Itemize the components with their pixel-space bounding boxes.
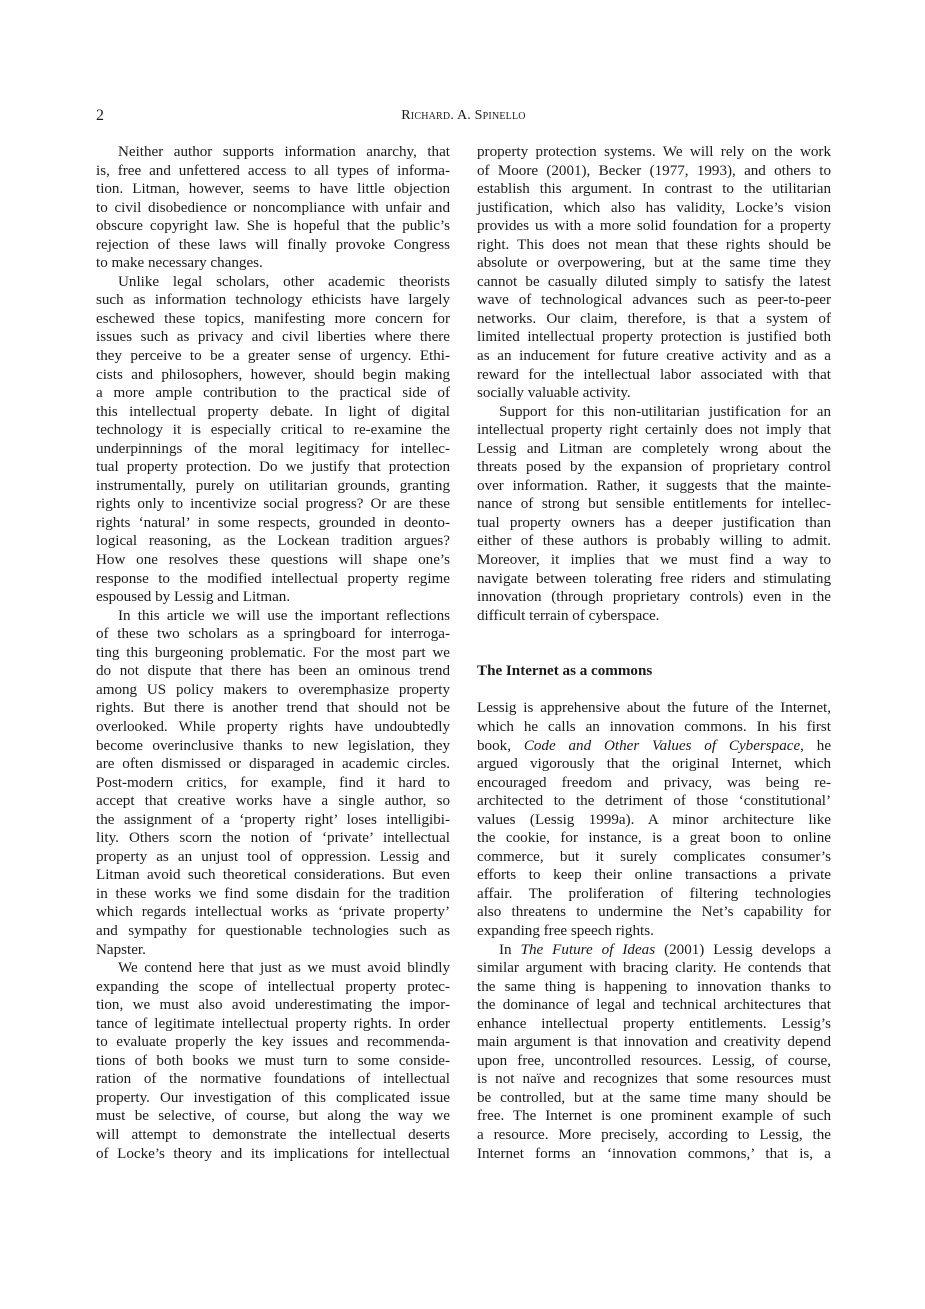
section-heading: The Internet as a commons (477, 662, 831, 681)
text-run: , he (800, 738, 831, 754)
text-line: upon free, uncontrolled resources. Lessi… (477, 1052, 831, 1071)
text-line: will attempt to demonstrate the intellec… (96, 1126, 450, 1145)
text-line: tual property owners has a deeper justif… (477, 514, 831, 533)
text-line: rights only to incentivize social progre… (96, 495, 450, 514)
paragraph: We contend here that just as we must avo… (96, 959, 450, 1163)
text-line: similar argument with bracing clarity. H… (477, 959, 831, 978)
page-header: 2 Richard. A. Spinello (96, 107, 831, 127)
text-line: enhance intellectual property entitlemen… (477, 1015, 831, 1034)
paragraph: Unlike legal scholars, other academic th… (96, 273, 450, 607)
text-line: a more ample contribution to the practic… (96, 384, 450, 403)
text-line: expanding free speech rights. (477, 922, 831, 941)
text-line: to evaluate properly the key issues and … (96, 1033, 450, 1052)
text-line: such as information technology ethicists… (96, 291, 450, 310)
text-line: In this article we will use the importan… (96, 607, 450, 626)
paragraph: property protection systems. We will rel… (477, 143, 831, 403)
text-line: become overinclusive thanks to new legis… (96, 737, 450, 756)
text-line: of Moore (2001), Becker (1977, 1993), an… (477, 162, 831, 181)
text-line: either of these authors is probably will… (477, 532, 831, 551)
text-line: tion, we must also avoid underestimating… (96, 996, 450, 1015)
text-line: over information. Rather, it suggests th… (477, 477, 831, 496)
text-line: establish this argument. In contrast to … (477, 180, 831, 199)
running-head: Richard. A. Spinello (96, 108, 831, 124)
text-run: book, (477, 738, 524, 754)
text-line: How one resolves these questions will sh… (96, 551, 450, 570)
text-line: Support for this non-utilitarian justifi… (477, 403, 831, 422)
text-line: difficult terrain of cyberspace. (477, 607, 831, 626)
text-line: and sympathy for questionable technologi… (96, 922, 450, 941)
text-line: overlooked. While property rights have u… (96, 718, 450, 737)
text-line: underpinnings of the moral legitimacy fo… (96, 440, 450, 459)
text-line: values (Lessig 1999a). A minor architect… (477, 811, 831, 830)
text-line: argued vigorously that the original Inte… (477, 755, 831, 774)
text-line: be controlled, but at the same time many… (477, 1089, 831, 1108)
text-line: threats posed by the expansion of propri… (477, 458, 831, 477)
text-line: nance of strong but sensible entitlement… (477, 495, 831, 514)
text-line: among US policy makers to overemphasize … (96, 681, 450, 700)
text-line: also threatens to undermine the Net’s ca… (477, 903, 831, 922)
text-line: Moreover, it implies that we must find a… (477, 551, 831, 570)
text-line: is not naïve and recognizes that some re… (477, 1070, 831, 1089)
text-line: Post-modern critics, for example, find i… (96, 774, 450, 793)
text-line: do not dispute that there has been an om… (96, 662, 450, 681)
text-line: intellectual property right certainly do… (477, 421, 831, 440)
text-line: Lessig and Litman are completely wrong a… (477, 440, 831, 459)
text-line: which regards intellectual works as ‘pri… (96, 903, 450, 922)
text-line: reward for the intellectual labor associ… (477, 366, 831, 385)
text-run: (2001) Lessig develops a (655, 942, 831, 958)
text-line: of Locke’s theory and its implications f… (96, 1145, 450, 1164)
text-line: networks. Our claim, therefore, is that … (477, 310, 831, 329)
text-line: cannot be casually diluted simply to sat… (477, 273, 831, 292)
text-line: obscure copyright law. She is hopeful th… (96, 217, 450, 236)
text-line: innovation (through proprietary controls… (477, 588, 831, 607)
text-line: absolute or overpowering, but at the sam… (477, 254, 831, 273)
text-line: right. This does not mean that these rig… (477, 236, 831, 255)
text-line: to make necessary changes. (96, 254, 450, 273)
text-line: cists and philosophers, however, should … (96, 366, 450, 385)
text-line: instrumentally, purely on utilitarian gr… (96, 477, 450, 496)
text-line: wave of technological advances such as p… (477, 291, 831, 310)
paragraph: In The Future of Ideas (2001) Lessig dev… (477, 941, 831, 1164)
text-line: this intellectual property debate. In li… (96, 403, 450, 422)
text-line: the cookie, for instance, is a great boo… (477, 829, 831, 848)
book-title: The Future of Ideas (521, 942, 656, 958)
text-line: provides us with a more solid foundation… (477, 217, 831, 236)
text-line: as an inducement for future creative act… (477, 347, 831, 366)
text-line: We contend here that just as we must avo… (96, 959, 450, 978)
text-line: issues such as privacy and civil liberti… (96, 328, 450, 347)
text-line: rejection of these laws will finally pro… (96, 236, 450, 255)
text-line: tion. Litman, however, seems to have lit… (96, 180, 450, 199)
text-line: of these two scholars as a springboard f… (96, 625, 450, 644)
text-line: the same thing is happening to innovatio… (477, 978, 831, 997)
text-line: free. The Internet is one prominent exam… (477, 1107, 831, 1126)
text-line: efforts to keep their online transaction… (477, 866, 831, 885)
text-line: the dominance of legal and technical arc… (477, 996, 831, 1015)
text-line: Unlike legal scholars, other academic th… (96, 273, 450, 292)
paragraph: In this article we will use the importan… (96, 607, 450, 959)
text-line: main argument is that innovation and cre… (477, 1033, 831, 1052)
text-line: Napster. (96, 941, 450, 960)
text-line: logical reasoning, as the Lockean tradit… (96, 532, 450, 551)
text-line: commerce, but it surely complicates cons… (477, 848, 831, 867)
text-line: encouraged freedom and privacy, was bein… (477, 774, 831, 793)
text-line: ration of the normative foundations of i… (96, 1070, 450, 1089)
text-line: justification, which also has validity, … (477, 199, 831, 218)
text-line: is, free and unfettered access to all ty… (96, 162, 450, 181)
paragraph: Lessig is apprehensive about the future … (477, 699, 831, 940)
spacer (477, 625, 831, 644)
text-line: property protection systems. We will rel… (477, 143, 831, 162)
text-line: espoused by Lessig and Litman. (96, 588, 450, 607)
text-line: Neither author supports information anar… (96, 143, 450, 162)
text-line: rights ‘natural’ in some respects, groun… (96, 514, 450, 533)
text-line: the assignment of a ‘property right’ los… (96, 811, 450, 830)
text-line: property as an unjust tool of oppression… (96, 848, 450, 867)
text-line: technology it is especially critical to … (96, 421, 450, 440)
text-line: affair. The proliferation of filtering t… (477, 885, 831, 904)
text-line: to civil disobedience or noncompliance w… (96, 199, 450, 218)
book-title: Code and Other Values of Cyberspace (524, 738, 800, 754)
text-line: ting this burgeoning problematic. For th… (96, 644, 450, 663)
text-line: socially valuable activity. (477, 384, 831, 403)
paragraph: Neither author supports information anar… (96, 143, 450, 273)
text-line: must be selective, of course, but along … (96, 1107, 450, 1126)
spacer (477, 644, 831, 663)
left-column: Neither author supports information anar… (96, 143, 450, 1163)
right-column: property protection systems. We will rel… (477, 143, 831, 1163)
text-line: Internet forms an ‘innovation commons,’ … (477, 1145, 831, 1164)
text-line: which he calls an innovation commons. In… (477, 718, 831, 737)
spacer (477, 681, 831, 700)
text-line: expanding the scope of intellectual prop… (96, 978, 450, 997)
text-line: tance of legitimate intellectual propert… (96, 1015, 450, 1034)
paragraph: Support for this non-utilitarian justifi… (477, 403, 831, 626)
text-line: rights. But there is another trend that … (96, 699, 450, 718)
text-line: In The Future of Ideas (2001) Lessig dev… (477, 941, 831, 960)
text-line: tual property protection. Do we justify … (96, 458, 450, 477)
text-line: property. Our investigation of this comp… (96, 1089, 450, 1108)
text-line: Litman avoid such theoretical considerat… (96, 866, 450, 885)
text-line: navigate between tolerating free riders … (477, 570, 831, 589)
text-line: accept that creative works have a single… (96, 792, 450, 811)
text-line: in these works we find some disdain for … (96, 885, 450, 904)
text-line: response to the modified intellectual pr… (96, 570, 450, 589)
text-line: book, Code and Other Values of Cyberspac… (477, 737, 831, 756)
text-line: tions of both books we must turn to some… (96, 1052, 450, 1071)
text-line: Lessig is apprehensive about the future … (477, 699, 831, 718)
text-line: are often dismissed or disparaged in aca… (96, 755, 450, 774)
text-line: they perceive to be a greater sense of u… (96, 347, 450, 366)
text-line: a resource. More precisely, according to… (477, 1126, 831, 1145)
text-run: In (499, 942, 521, 958)
text-line: lity. Others scorn the notion of ‘privat… (96, 829, 450, 848)
text-line: limited intellectual property protection… (477, 328, 831, 347)
text-line: architected to the detriment of those ‘c… (477, 792, 831, 811)
text-line: eschewed these topics, manifesting more … (96, 310, 450, 329)
